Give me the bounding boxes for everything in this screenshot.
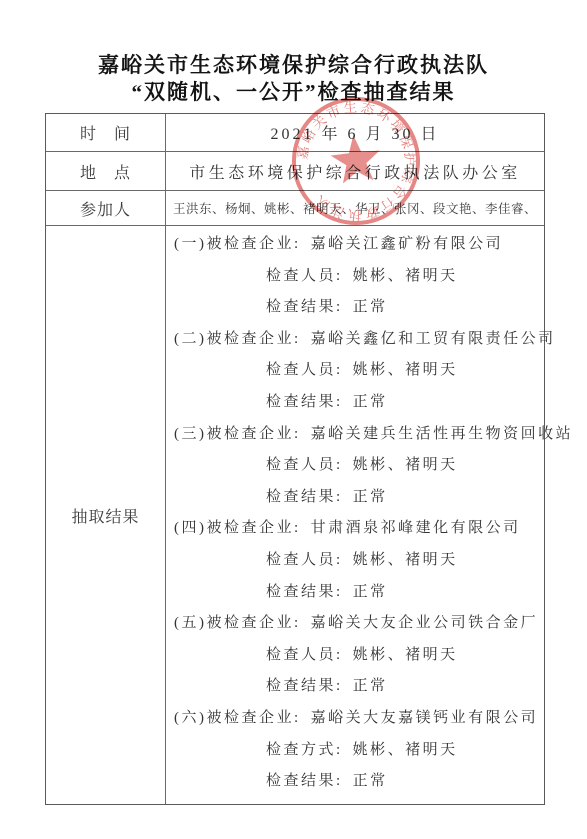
- staff-line: 检查方式:姚彬、褚明天: [166, 735, 573, 767]
- staff-names: 姚彬、褚明天: [353, 552, 458, 568]
- staff-names: 姚彬、褚明天: [353, 268, 458, 284]
- results-label: 抽取结果: [46, 226, 166, 804]
- inspection-entry-2: (二)被检查企业:嘉峪关鑫亿和工贸有限责任公司 检查人员:姚彬、褚明天 检查结果…: [166, 324, 573, 419]
- participants-value: 王洪东、杨炯、姚彬、褚明天、华卫、张冈、段文艳、李佳睿、: [166, 191, 544, 225]
- inspection-entry-6: (六)被检查企业:嘉峪关大友嘉镁钙业有限公司 检查方式:姚彬、褚明天 检查结果:…: [166, 703, 573, 798]
- place-value: 市生态环境保护综合行政执法队办公室: [166, 152, 544, 190]
- staff-names: 姚彬、褚明天: [353, 647, 458, 663]
- company-label: 被检查企业:: [207, 710, 301, 726]
- staff-line: 检查人员:姚彬、褚明天: [166, 640, 573, 672]
- staff-label: 检查人员:: [266, 457, 343, 473]
- staff-label: 检查方式:: [266, 742, 343, 758]
- results-row: 抽取结果 (一)被检查企业:嘉峪关江鑫矿粉有限公司 检查人员:姚彬、褚明天 检查…: [46, 226, 544, 804]
- inspection-entry-5: (五)被检查企业:嘉峪关大友企业公司铁合金厂 检查人员:姚彬、褚明天 检查结果:…: [166, 608, 573, 703]
- staff-line: 检查人员:姚彬、褚明天: [166, 450, 573, 482]
- inspection-table: 时 间 2021 年 6 月 30 日 地 点 市生态环境保护综合行政执法队办公…: [45, 113, 545, 805]
- participants-label: 参加人: [46, 191, 166, 225]
- staff-line: 检查人员:姚彬、褚明天: [166, 545, 573, 577]
- entry-number: (四): [174, 520, 207, 536]
- company-label: 被检查企业:: [207, 615, 301, 631]
- staff-label: 检查人员:: [266, 362, 343, 378]
- company-label: 被检查企业:: [207, 426, 301, 442]
- staff-line: 检查人员:姚彬、褚明天: [166, 261, 573, 293]
- results-content: (一)被检查企业:嘉峪关江鑫矿粉有限公司 检查人员:姚彬、褚明天 检查结果:正常…: [166, 226, 573, 804]
- inspection-entry-3: (三)被检查企业:嘉峪关建兵生活性再生物资回收站 检查人员:姚彬、褚明天 检查结…: [166, 419, 573, 514]
- company-name: 嘉峪关鑫亿和工贸有限责任公司: [311, 331, 556, 347]
- result-value: 正常: [353, 584, 388, 600]
- company-line: (一)被检查企业:嘉峪关江鑫矿粉有限公司: [166, 229, 573, 261]
- company-label: 被检查企业:: [207, 331, 301, 347]
- result-line: 检查结果:正常: [166, 577, 573, 609]
- result-value: 正常: [353, 678, 388, 694]
- staff-label: 检查人员:: [266, 552, 343, 568]
- entry-number: (二): [174, 331, 207, 347]
- result-value: 正常: [353, 394, 388, 410]
- staff-names: 姚彬、褚明天: [353, 362, 458, 378]
- company-line: (五)被检查企业:嘉峪关大友企业公司铁合金厂: [166, 608, 573, 640]
- company-label: 被检查企业:: [207, 236, 301, 252]
- result-line: 检查结果:正常: [166, 766, 573, 798]
- staff-label: 检查人员:: [266, 647, 343, 663]
- time-label: 时 间: [46, 114, 166, 151]
- company-line: (六)被检查企业:嘉峪关大友嘉镁钙业有限公司: [166, 703, 573, 735]
- company-name: 嘉峪关大友企业公司铁合金厂: [311, 615, 539, 631]
- time-value: 2021 年 6 月 30 日: [166, 114, 544, 151]
- result-label: 检查结果:: [266, 299, 343, 315]
- result-line: 检查结果:正常: [166, 292, 573, 324]
- company-line: (四)被检查企业:甘肃酒泉祁峰建化有限公司: [166, 513, 573, 545]
- time-row: 时 间 2021 年 6 月 30 日: [46, 114, 544, 152]
- place-label: 地 点: [46, 152, 166, 190]
- staff-label: 检查人员:: [266, 268, 343, 284]
- result-value: 正常: [353, 299, 388, 315]
- result-label: 检查结果:: [266, 678, 343, 694]
- company-label: 被检查企业:: [207, 520, 301, 536]
- participants-row: 参加人 王洪东、杨炯、姚彬、褚明天、华卫、张冈、段文艳、李佳睿、: [46, 191, 544, 226]
- result-line: 检查结果:正常: [166, 482, 573, 514]
- inspection-entry-1: (一)被检查企业:嘉峪关江鑫矿粉有限公司 检查人员:姚彬、褚明天 检查结果:正常: [166, 229, 573, 324]
- result-label: 检查结果:: [266, 394, 343, 410]
- entry-number: (三): [174, 426, 207, 442]
- place-row: 地 点 市生态环境保护综合行政执法队办公室: [46, 152, 544, 191]
- result-line: 检查结果:正常: [166, 387, 573, 419]
- entry-number: (六): [174, 710, 207, 726]
- result-label: 检查结果:: [266, 773, 343, 789]
- result-line: 检查结果:正常: [166, 671, 573, 703]
- result-value: 正常: [353, 773, 388, 789]
- company-name: 嘉峪关建兵生活性再生物资回收站: [311, 426, 574, 442]
- title-line-1: 嘉峪关市生态环境保护综合行政执法队: [0, 52, 587, 79]
- staff-names: 姚彬、褚明天: [353, 742, 458, 758]
- document-page: 嘉峪关市生态环境保护综合行政执法队 “双随机、一公开”检查抽查结果 时 间 20…: [0, 0, 587, 839]
- result-label: 检查结果:: [266, 584, 343, 600]
- company-line: (三)被检查企业:嘉峪关建兵生活性再生物资回收站: [166, 419, 573, 451]
- company-name: 嘉峪关大友嘉镁钙业有限公司: [311, 710, 539, 726]
- company-line: (二)被检查企业:嘉峪关鑫亿和工贸有限责任公司: [166, 324, 573, 356]
- entry-number: (五): [174, 615, 207, 631]
- staff-line: 检查人员:姚彬、褚明天: [166, 355, 573, 387]
- inspection-entry-4: (四)被检查企业:甘肃酒泉祁峰建化有限公司 检查人员:姚彬、褚明天 检查结果:正…: [166, 513, 573, 608]
- document-title: 嘉峪关市生态环境保护综合行政执法队 “双随机、一公开”检查抽查结果: [0, 52, 587, 106]
- company-name: 甘肃酒泉祁峰建化有限公司: [311, 520, 521, 536]
- staff-names: 姚彬、褚明天: [353, 457, 458, 473]
- result-value: 正常: [353, 489, 388, 505]
- entry-number: (一): [174, 236, 207, 252]
- result-label: 检查结果:: [266, 489, 343, 505]
- title-line-2: “双随机、一公开”检查抽查结果: [0, 79, 587, 106]
- company-name: 嘉峪关江鑫矿粉有限公司: [311, 236, 504, 252]
